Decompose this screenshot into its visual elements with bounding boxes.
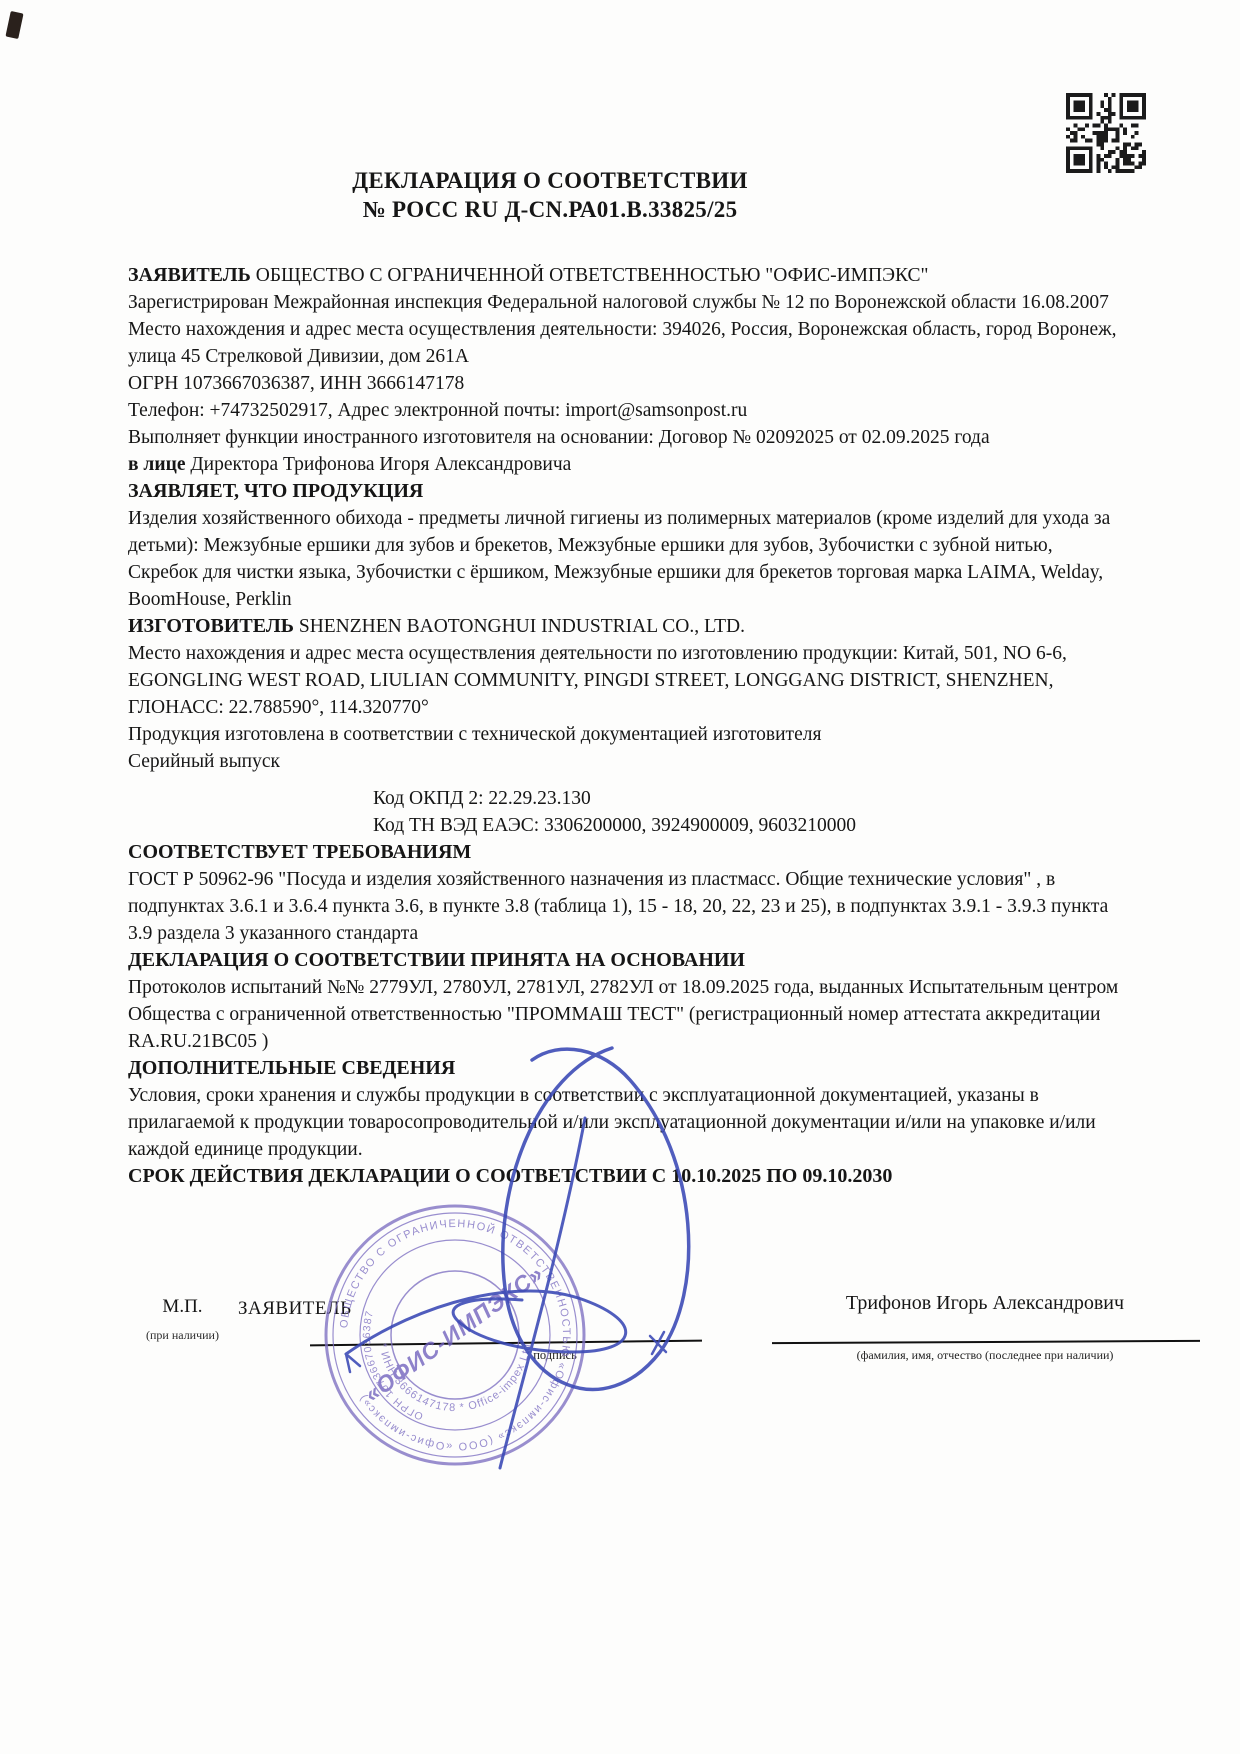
manufacturer-name: SHENZHEN BAOTONGHUI INDUSTRIAL CO., LTD. — [299, 616, 745, 637]
applicant-label: ЗАЯВИТЕЛЬ — [128, 264, 251, 286]
seal-place-note: (при наличии) — [146, 1328, 219, 1343]
seal-place: М.П. (при наличии) — [146, 1296, 219, 1343]
basis-heading: ДЕКЛАРАЦИЯ О СООТВЕТСТВИИ ПРИНЯТА НА ОСН… — [128, 947, 1122, 974]
additional-text: Условия, сроки хранения и службы продукц… — [128, 1082, 1122, 1163]
declaration-page: ДЕКЛАРАЦИЯ О СООТВЕТСТВИИ № РОСС RU Д-CN… — [0, 0, 1240, 1754]
tnved-code: Код ТН ВЭД ЕАЭС: 3306200000, 3924900009,… — [373, 812, 1122, 839]
document-title: ДЕКЛАРАЦИЯ О СООТВЕТСТВИИ № РОСС RU Д-CN… — [130, 166, 970, 224]
basis-protocols: Протоколов испытаний №№ 2779УЛ, 2780УЛ, … — [128, 974, 1122, 1055]
compliance-standards: ГОСТ Р 50962-96 "Посуда и изделия хозяйс… — [128, 866, 1122, 947]
signature-caption: подпись — [430, 1348, 680, 1363]
represented-by-name: Директора Трифонова Игоря Александровича — [190, 454, 571, 475]
applicant-ogrn-inn: ОГРН 1073667036387, ИНН 3666147178 — [128, 370, 1122, 397]
stamp-center-text: «ОФИС-ИМПЭКС» — [359, 1260, 548, 1407]
company-stamp: ОБЩЕСТВО С ОГРАНИЧЕННОЙ ОТВЕТСТВЕННОСТЬЮ… — [326, 1206, 584, 1464]
stamp-middle-ring-text: ОГРН 1073667036387 — [361, 1309, 425, 1422]
applicant-registration: Зарегистрирован Межрайонная инспекция Фе… — [128, 289, 1122, 316]
applicant-represented-by: в лице Директора Трифонова Игоря Алексан… — [128, 451, 1122, 478]
technical-doc-note: Продукция изготовлена в соответствии с т… — [128, 721, 1122, 748]
product-description: Изделия хозяйственного обихода - предмет… — [128, 505, 1122, 613]
product-codes: Код ОКПД 2: 22.29.23.130 Код ТН ВЭД ЕАЭС… — [128, 785, 1122, 839]
okpd2-code: Код ОКПД 2: 22.29.23.130 — [373, 785, 1122, 812]
manufacturer-address: Место нахождения и адрес места осуществл… — [128, 640, 1122, 721]
signature-line — [310, 1340, 702, 1347]
manufacturer-line: ИЗГОТОВИТЕЛЬ SHENZHEN BAOTONGHUI INDUSTR… — [128, 613, 1122, 640]
svg-text:ОГРН 1073667036387: ОГРН 1073667036387 — [361, 1309, 425, 1422]
scan-artifact — [5, 11, 23, 39]
document-number: № РОСС RU Д-CN.РА01.В.33825/25 — [130, 195, 970, 224]
applicant-foreign-basis: Выполняет функции иностранного изготовит… — [128, 424, 1122, 451]
applicant-name: ОБЩЕСТВО С ОГРАНИЧЕННОЙ ОТВЕТСТВЕННОСТЬЮ… — [256, 265, 929, 286]
additional-heading: ДОПОЛНИТЕЛЬНЫЕ СВЕДЕНИЯ — [128, 1055, 1122, 1082]
applicant-address: Место нахождения и адрес места осуществл… — [128, 316, 1122, 370]
compliance-heading: СООТВЕТСТВУЕТ ТРЕБОВАНИЯМ — [128, 839, 1122, 866]
svg-text:ОБЩЕСТВО С ОГРАНИЧЕННОЙ ОТВЕТС: ОБЩЕСТВО С ОГРАНИЧЕННОЙ ОТВЕТСТВЕННОСТЬЮ… — [338, 1218, 572, 1452]
seal-place-label: М.П. — [146, 1296, 219, 1318]
document-body: ЗАЯВИТЕЛЬ ОБЩЕСТВО С ОГРАНИЧЕННОЙ ОТВЕТС… — [128, 262, 1122, 1190]
validity-statement: СРОК ДЕЙСТВИЯ ДЕКЛАРАЦИИ О СООТВЕТСТВИИ … — [128, 1163, 1122, 1190]
stamp-outer-ring-text: ОБЩЕСТВО С ОГРАНИЧЕННОЙ ОТВЕТСТВЕННОСТЬЮ… — [338, 1218, 572, 1452]
signature-applicant-label: ЗАЯВИТЕЛЬ — [238, 1298, 352, 1320]
represented-by-label: в лице — [128, 454, 185, 475]
applicant-line: ЗАЯВИТЕЛЬ ОБЩЕСТВО С ОГРАНИЧЕННОЙ ОТВЕТС… — [128, 262, 1122, 289]
declares-heading: ЗАЯВЛЯЕТ, ЧТО ПРОДУКЦИЯ — [128, 478, 1122, 505]
release-type: Серийный выпуск — [128, 748, 1122, 775]
manufacturer-label: ИЗГОТОВИТЕЛЬ — [128, 615, 294, 637]
signer-name-line — [772, 1340, 1200, 1344]
signer-name: Трифонов Игорь Александрович — [775, 1292, 1195, 1315]
applicant-contacts: Телефон: +74732502917, Адрес электронной… — [128, 397, 1122, 424]
signer-name-caption: (фамилия, имя, отчество (последнее при н… — [790, 1348, 1180, 1363]
qr-code-icon — [1066, 92, 1146, 174]
document-title-line1: ДЕКЛАРАЦИЯ О СООТВЕТСТВИИ — [130, 166, 970, 195]
